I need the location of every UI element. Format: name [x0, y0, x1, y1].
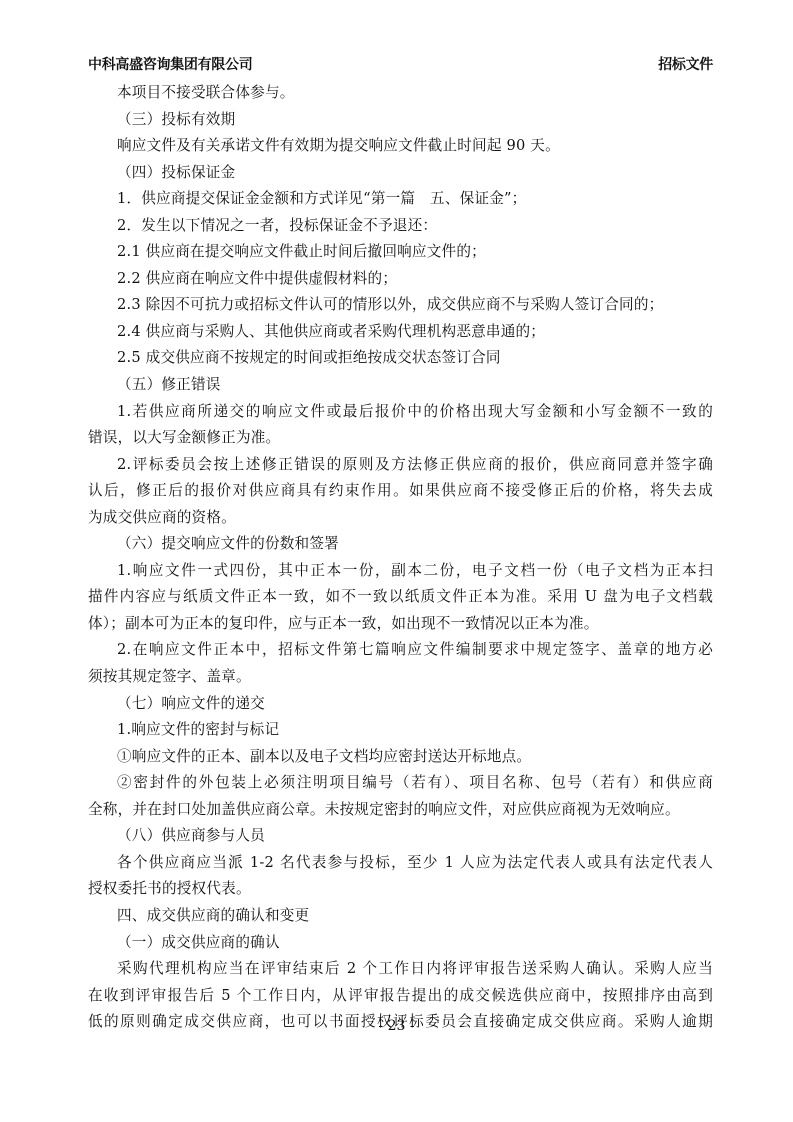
text-line: （五）修正错误 [88, 372, 713, 399]
text-line: 2．发生以下情况之一者，投标保证金不予退还： [88, 213, 713, 240]
text-line: 2.1 供应商在提交响应文件截止时间后撤回响应文件的； [88, 239, 713, 266]
page-header: 中科高盛咨询集团有限公司 招标文件 [88, 54, 713, 74]
page-number: - 23 - [0, 1018, 793, 1034]
text-line: （四）投标保证金 [88, 160, 713, 187]
text-line: （八）供应商参与人员 [88, 823, 713, 850]
text-line: 响应文件及有关承诺文件有效期为提交响应文件截止时间起 90 天。 [88, 133, 713, 160]
text-line: 须按其规定签字、盖章。 [88, 664, 713, 691]
text-line: 1．供应商提交保证金金额和方式详见“第一篇 五、保证金”； [88, 186, 713, 213]
text-line: （七）响应文件的递交 [88, 691, 713, 718]
text-line: 体）；副本可为正本的复印件，应与正本一致，如出现不一致情况以正本为准。 [88, 611, 713, 638]
text-line: 本项目不接受联合体参与。 [88, 80, 713, 107]
text-line: 1.响应文件的密封与标记 [88, 717, 713, 744]
text-line: 2.2 供应商在响应文件中提供虚假材料的； [88, 266, 713, 293]
text-line: ①响应文件的正本、副本以及电子文档均应密封送达开标地点。 [88, 744, 713, 771]
text-line: 在收到评审报告后 5 个工作日内，从评审报告提出的成交候选供应商中，按照排序由高… [88, 983, 713, 1010]
text-line: 2.5 成交供应商不按规定的时间或拒绝按成交状态签订合同 [88, 345, 713, 372]
text-line: 认后，修正后的报价对供应商具有约束作用。如果供应商不接受修正后的价格，将失去成 [88, 478, 713, 505]
text-line: （一）成交供应商的确认 [88, 930, 713, 957]
text-line: 四、成交供应商的确认和变更 [88, 903, 713, 930]
text-line: （六）提交响应文件的份数和签署 [88, 531, 713, 558]
text-line: 各个供应商应当派 1-2 名代表参与投标，至少 1 人应为法定代表人或具有法定代… [88, 850, 713, 877]
text-line: 描件内容应与纸质文件正本一致，如不一致以纸质文件正本为准。采用 U 盘为电子文档… [88, 584, 713, 611]
document-type: 招标文件 [658, 54, 713, 74]
text-line: 为成交供应商的资格。 [88, 505, 713, 532]
text-line: 2.4 供应商与采购人、其他供应商或者采购代理机构恶意串通的； [88, 319, 713, 346]
text-line: 1.若供应商所递交的响应文件或最后报价中的价格出现大写金额和小写金额不一致的 [88, 399, 713, 426]
text-line: 2.评标委员会按上述修正错误的原则及方法修正供应商的报价，供应商同意并签字确 [88, 452, 713, 479]
text-line: 错误，以大写金额修正为准。 [88, 425, 713, 452]
text-line: 采购代理机构应当在评审结束后 2 个工作日内将评审报告送采购人确认。采购人应当 [88, 956, 713, 983]
text-line: （三）投标有效期 [88, 107, 713, 134]
text-line: 授权委托书的授权代表。 [88, 876, 713, 903]
text-line: 2.3 除因不可抗力或招标文件认可的情形以外，成交供应商不与采购人签订合同的； [88, 292, 713, 319]
text-line: 全称，并在封口处加盖供应商公章。未按规定密封的响应文件，对应供应商视为无效响应。 [88, 797, 713, 824]
text-line: 2.在响应文件正本中，招标文件第七篇响应文件编制要求中规定签字、盖章的地方必 [88, 637, 713, 664]
document-body: 本项目不接受联合体参与。（三）投标有效期响应文件及有关承诺文件有效期为提交响应文… [88, 80, 713, 1036]
text-line: 1.响应文件一式四份，其中正本一份，副本二份，电子文档一份（电子文档为正本扫 [88, 558, 713, 585]
company-name: 中科高盛咨询集团有限公司 [88, 54, 252, 74]
text-line: ②密封件的外包装上必须注明项目编号（若有）、项目名称、包号（若有）和供应商 [88, 770, 713, 797]
